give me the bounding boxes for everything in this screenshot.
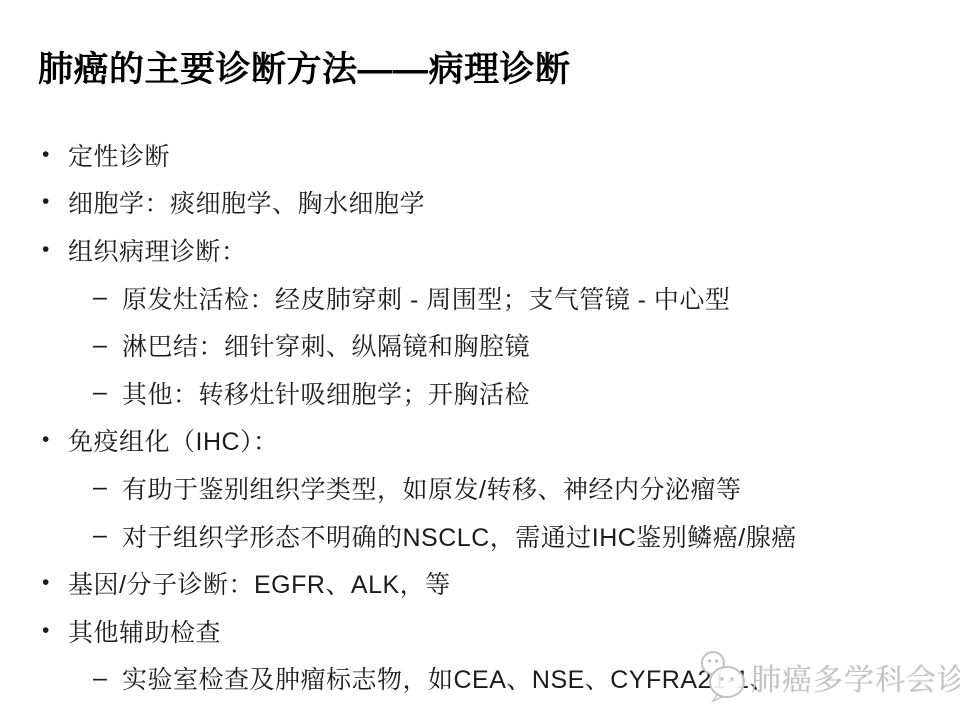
bullet-icon: •: [42, 143, 68, 167]
list-item: • 定性诊断: [0, 131, 960, 179]
chat-bubbles-logo-icon: [697, 645, 749, 708]
dash-icon: –: [93, 664, 122, 693]
dash-icon: –: [93, 473, 122, 502]
list-item: • 细胞学：痰细胞学、胸水细胞学: [0, 179, 960, 227]
list-item-text: 组织病理诊断：: [68, 232, 247, 268]
presentation-slide: 肺癌的主要诊断方法——病理诊断 • 定性诊断 • 细胞学：痰细胞学、胸水细胞学 …: [0, 0, 960, 720]
list-item: – 淋巴结：细针穿刺、纵隔镜和胸腔镜: [0, 321, 960, 369]
bullet-icon: •: [42, 190, 68, 214]
list-item: • 基因/分子诊断：EGFR、ALK，等: [0, 559, 960, 607]
list-item-text: 其他辅助检查: [68, 613, 221, 649]
list-item: – 对于组织学形态不明确的NSCLC，需通过IHC鉴别鳞癌/腺癌: [0, 512, 960, 560]
bullet-list: • 定性诊断 • 细胞学：痰细胞学、胸水细胞学 • 组织病理诊断： – 原发灶活…: [0, 131, 960, 702]
list-item-text: 原发灶活检：经皮肺穿刺 - 周围型；支气管镜 - 中心型: [122, 280, 730, 316]
list-item-text: 定性诊断: [68, 137, 170, 173]
watermark-text: 肺癌多学科会诊: [751, 655, 960, 699]
list-item-text: 实验室检查及肿瘤标志物，如CEA、NSE、CYFRA21-1、: [122, 660, 775, 696]
bullet-icon: •: [42, 619, 68, 643]
list-item: • 组织病理诊断：: [0, 226, 960, 274]
list-item: – 原发灶活检：经皮肺穿刺 - 周围型；支气管镜 - 中心型: [0, 274, 960, 322]
dash-icon: –: [93, 378, 122, 407]
list-item: – 其他：转移灶针吸细胞学；开胸活检: [0, 369, 960, 417]
list-item-text: 基因/分子诊断：EGFR、ALK，等: [68, 565, 451, 601]
list-item-text: 其他：转移灶针吸细胞学；开胸活检: [122, 375, 530, 411]
bullet-icon: •: [42, 428, 68, 452]
list-item-text: 有助于鉴别组织学类型，如原发/转移、神经内分泌瘤等: [122, 470, 741, 506]
dash-icon: –: [93, 331, 122, 360]
dash-icon: –: [93, 521, 122, 550]
list-item-text: 免疫组化（IHC）：: [68, 422, 279, 458]
list-item-text: 细胞学：痰细胞学、胸水细胞学: [68, 184, 425, 220]
bullet-icon: •: [42, 238, 68, 262]
watermark: 肺癌多学科会诊: [697, 645, 960, 708]
slide-title: 肺癌的主要诊断方法——病理诊断: [38, 42, 571, 92]
list-item: – 有助于鉴别组织学类型，如原发/转移、神经内分泌瘤等: [0, 464, 960, 512]
list-item-text: 淋巴结：细针穿刺、纵隔镜和胸腔镜: [122, 327, 530, 363]
list-item: • 免疫组化（IHC）：: [0, 417, 960, 465]
list-item-text: 对于组织学形态不明确的NSCLC，需通过IHC鉴别鳞癌/腺癌: [122, 518, 797, 554]
dash-icon: –: [93, 283, 122, 312]
bullet-icon: •: [42, 571, 68, 595]
